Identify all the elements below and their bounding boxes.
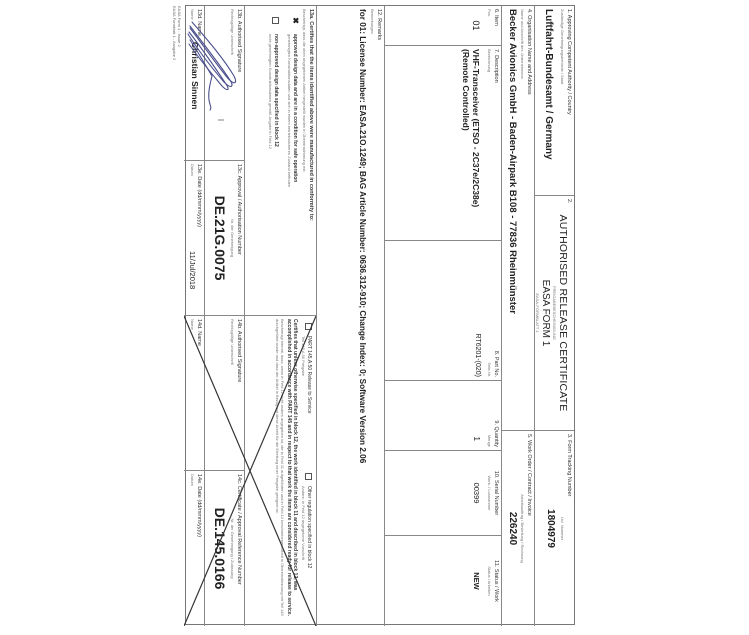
approval-number-14c: DE.145.0166 bbox=[213, 474, 229, 623]
description-line-1: VHF-Transceiver (ETSO - 2C37e/2C38e) bbox=[472, 49, 482, 237]
col-quantity: 9. Quantity Menge 1 bbox=[385, 381, 501, 451]
option-part-145-text: PART 145.A.50 Release to Service bbox=[306, 336, 312, 414]
option-approved-design[interactable]: ✖ approved design data and are in a cond… bbox=[288, 9, 299, 312]
header-part-no: 8. Part No. bbox=[493, 244, 500, 377]
header-quantity: 9. Quantity bbox=[493, 384, 500, 447]
block-13e: 13e. Date (dd/mmm/yyyy) Datum 11/Jul/201… bbox=[184, 161, 204, 316]
header-row: 1. Approving Competent Authority / Count… bbox=[534, 6, 574, 626]
col-status: 11. Status / Work Status / Arbeiten NEW bbox=[385, 536, 501, 626]
header-status-de: Status / Arbeiten bbox=[488, 539, 493, 623]
serial-number: 00399 bbox=[473, 454, 482, 532]
block-13d: 13d. Name Name Christian Sinnen bbox=[184, 6, 204, 161]
quantity-value: 1 bbox=[473, 384, 482, 447]
block-14a: PART 145.A.50 Release to Service Teil 14… bbox=[245, 316, 316, 626]
header-description: 7. Description bbox=[493, 49, 500, 237]
block-1-label: 1. Approving Competent Authority / Count… bbox=[566, 9, 573, 192]
block-14b-label-de: Rechtsgültige Unterschrift bbox=[231, 319, 236, 467]
form-footer: EASA Form 1 - Issue 2 EASA Formblatt 1 -… bbox=[172, 6, 182, 60]
item-number: 01 bbox=[472, 9, 482, 42]
col-part-no: 8. Part No. Teile-Nr. RT6201-(020) bbox=[385, 241, 501, 381]
signature-row: 13b. Authorised Signature Rechtsgültige … bbox=[204, 6, 244, 626]
block-14c: 14c. Certificate / Approval Reference Nu… bbox=[205, 471, 244, 626]
signatory-name-13d: Christian Sinnen bbox=[190, 42, 200, 110]
option-other-regulation[interactable]: Other regulation specified in block 12 A… bbox=[301, 473, 312, 623]
approval-number-13c: DE.21G.0075 bbox=[213, 164, 229, 312]
block-14c-label: 14c. Certificate / Approval Reference Nu… bbox=[236, 474, 243, 623]
header-status: 11. Status / Work bbox=[493, 539, 500, 623]
checkbox-part-145-icon[interactable] bbox=[305, 323, 312, 330]
footer-issue: EASA Form 1 - Issue 2 bbox=[177, 6, 182, 60]
block-13d-label: 13d. Name bbox=[196, 9, 203, 36]
col-serial: 10. Serial Number Werk- / Losnummer 0039… bbox=[385, 451, 501, 536]
block-12-label-de: Bemerkungen bbox=[371, 9, 376, 623]
checkbox-other-regulation-icon[interactable] bbox=[305, 473, 312, 480]
checkbox-approved-design-checked-icon[interactable]: ✖ bbox=[292, 17, 299, 24]
items-table: 6. Item Pos. 01 7. Description Bezeichnu… bbox=[384, 6, 501, 626]
block-14e: 14e. Date (dd/mmm/yyyy) Datum bbox=[184, 471, 204, 626]
remarks-value: for 01: License Number: EASA.21O.1249; B… bbox=[359, 9, 368, 623]
option-part-145-release[interactable]: PART 145.A.50 Release to Service Teil 14… bbox=[301, 319, 312, 414]
header-item: 6. Item bbox=[493, 9, 500, 42]
certification-row: 13a. Certifies that the items identified… bbox=[244, 6, 316, 626]
block-14a-options: PART 145.A.50 Release to Service Teil 14… bbox=[301, 319, 312, 623]
block-13a-label: 13a. Certifies that the items identified… bbox=[308, 9, 315, 312]
block-13a: 13a. Certifies that the items identified… bbox=[245, 6, 316, 316]
block-12-remarks: 12. Remarks Bemerkungen for 01: License … bbox=[317, 6, 384, 626]
organisation-row: 4. Organisation Name and Address Name un… bbox=[501, 6, 534, 626]
remarks-row: 12. Remarks Bemerkungen for 01: License … bbox=[316, 6, 384, 626]
block-3-tracking: 3. Form Tracking Number Lfd. Nummer 1804… bbox=[535, 431, 574, 626]
block-14b: 14b. Authorised Signature Rechtsgültige … bbox=[205, 316, 244, 471]
date-13e: 11/Jul/2018 bbox=[188, 251, 197, 289]
block-14b-label: 14b. Authorised Signature bbox=[236, 319, 243, 467]
option-approved-design-text-de: genehmigten Konstruktionsdaten und sich … bbox=[288, 34, 293, 187]
block-4-label: 4. Organisation Name and Address bbox=[526, 9, 533, 427]
part-number: RT6201-(020) bbox=[475, 244, 482, 377]
block-4-organisation: 4. Organisation Name and Address Name un… bbox=[502, 6, 534, 431]
organisation-value: Becker Avionics GmbH - Baden-Airpark B10… bbox=[508, 9, 519, 427]
status-value: NEW bbox=[473, 539, 482, 623]
name-date-row: 13d. Name Name Christian Sinnen 13e. Dat… bbox=[184, 6, 204, 626]
description-line-2: (Remote Controlled) bbox=[462, 49, 472, 237]
block-5-label: 5. Work Order / Contract / Invoice bbox=[526, 434, 533, 623]
option-non-approved-design-text-de: nicht genehmigten Konstruktionsdaten gem… bbox=[269, 34, 274, 149]
footer-issue-de: EASA Formblatt 1 - Ausgabe 2 bbox=[172, 6, 177, 60]
easa-form-1: 1. Approving Competent Authority / Count… bbox=[185, 5, 575, 625]
block-14d-label: 14d. Name bbox=[196, 319, 203, 467]
block-4-label-de: Name und Anschrift des Unternehmens bbox=[521, 9, 526, 427]
block-13a-label-de: Bescheinigt, dass die oben angegebenen A… bbox=[303, 9, 308, 312]
block-3-label: 3. Form Tracking Number bbox=[566, 434, 573, 623]
col-item: 6. Item Pos. 01 bbox=[385, 6, 501, 46]
option-non-approved-design[interactable]: non-approved design data specified in bl… bbox=[269, 9, 280, 312]
col-description: 7. Description Bezeichnung VHF-Transceiv… bbox=[385, 46, 501, 241]
header-quantity-de: Menge bbox=[488, 384, 493, 447]
form-title: AUTHORISED RELEASE CERTIFICATE bbox=[558, 199, 570, 427]
form-name-de: EASA-FORMBLATT 1 bbox=[536, 199, 541, 427]
block-13b: 13b. Authorised Signature Rechtsgültige … bbox=[205, 6, 244, 161]
block-13b-label-de: Rechtsgültige Unterschrift bbox=[231, 9, 236, 157]
option-other-regulation-text: Other regulation specified in block 12 bbox=[306, 486, 312, 568]
block-1-authority: 1. Approving Competent Authority / Count… bbox=[535, 6, 574, 196]
option-non-approved-design-text: non-approved design data specified in bl… bbox=[274, 34, 280, 149]
block-14e-label: 14e. Date (dd/mmm/yyyy) bbox=[196, 474, 203, 623]
block-12-label: 12. Remarks bbox=[376, 9, 383, 623]
block-13c: 13c. Approval / Authorisation Number Nr.… bbox=[205, 161, 244, 316]
block-5-work-order: 5. Work Order / Contract / Invoice Arbei… bbox=[502, 431, 534, 626]
block-13b-label: 13b. Authorised Signature bbox=[236, 9, 243, 157]
work-order-number: 226240 bbox=[508, 434, 519, 623]
block-13c-label: 13c. Approval / Authorisation Number bbox=[236, 164, 243, 312]
block-14a-body-de: Bescheinigt hiermit, dass, wenn in Feld … bbox=[275, 319, 285, 623]
header-serial-de: Werk- / Losnummer bbox=[488, 454, 493, 532]
checkbox-non-approved-design-icon[interactable] bbox=[273, 17, 280, 24]
form-name: EASA FORM 1 bbox=[541, 199, 552, 427]
tracking-number: 1804979 bbox=[546, 434, 557, 623]
block-2-title: 2. AUTHORISED RELEASE CERTIFICATE FREIGA… bbox=[535, 196, 574, 431]
block-14d: 14d. Name Name bbox=[184, 316, 204, 471]
block-13e-label: 13e. Date (dd/mmm/yyyy) bbox=[196, 164, 203, 227]
block-14a-body: Certifies that unless otherwise specifie… bbox=[286, 319, 298, 623]
option-approved-design-text: approved design data and are in a condit… bbox=[293, 34, 299, 187]
authority-value: Luftfahrt-Bundesamt / Germany bbox=[544, 9, 555, 192]
header-serial: 10. Serial Number bbox=[493, 454, 500, 532]
option-other-regulation-text-de: Andere, in Feld 12 angegebene Vorschrift bbox=[301, 486, 306, 568]
